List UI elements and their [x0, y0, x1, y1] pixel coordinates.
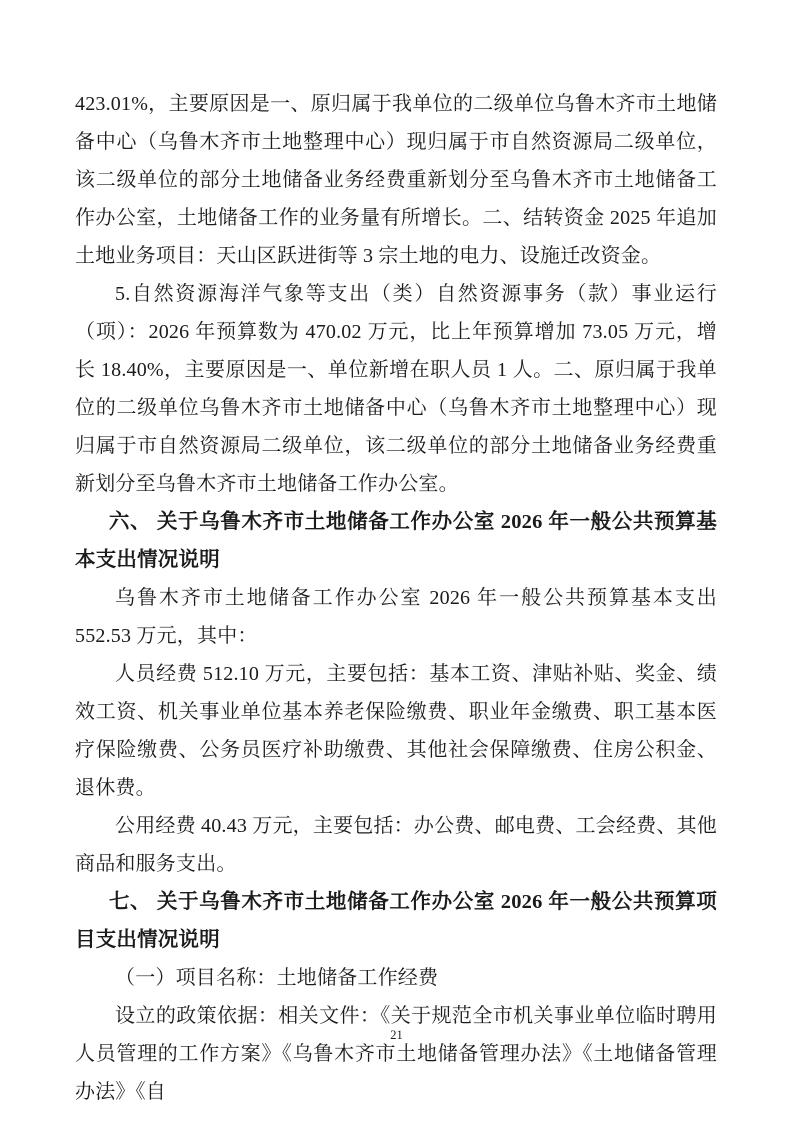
paragraph-item-5-operation: 5.自然资源海洋气象等支出（类）自然资源事务（款）事业运行（项）：2026 年预… — [75, 275, 717, 503]
page-number: 21 — [0, 1026, 793, 1044]
document-page: 423.01%，主要原因是一、原归属于我单位的二级单位乌鲁木齐市土地储备中心（乌… — [0, 0, 793, 1122]
paragraph-reason-continuation: 423.01%，主要原因是一、原归属于我单位的二级单位乌鲁木齐市土地储备中心（乌… — [75, 85, 717, 275]
paragraph-basic-expenditure-total: 乌鲁木齐市土地储备工作办公室 2026 年一般公共预算基本支出 552.53 万… — [75, 579, 717, 655]
heading-section-7-project-expenditure: 七、 关于乌鲁木齐市土地储备工作办公室 2026 年一般公共预算项目支出情况说明 — [75, 883, 717, 959]
paragraph-personnel-funds: 人员经费 512.10 万元，主要包括：基本工资、津贴补贴、奖金、绩效工资、机关… — [75, 655, 717, 807]
paragraph-public-funds: 公用经费 40.43 万元，主要包括：办公费、邮电费、工会经费、其他商品和服务支… — [75, 807, 717, 883]
paragraph-project-name: （一）项目名称：土地储备工作经费 — [75, 959, 717, 997]
paragraph-policy-basis: 设立的政策依据：相关文件：《关于规范全市机关事业单位临时聘用人员管理的工作方案》… — [75, 997, 717, 1111]
heading-section-6-basic-expenditure: 六、 关于乌鲁木齐市土地储备工作办公室 2026 年一般公共预算基本支出情况说明 — [75, 503, 717, 579]
